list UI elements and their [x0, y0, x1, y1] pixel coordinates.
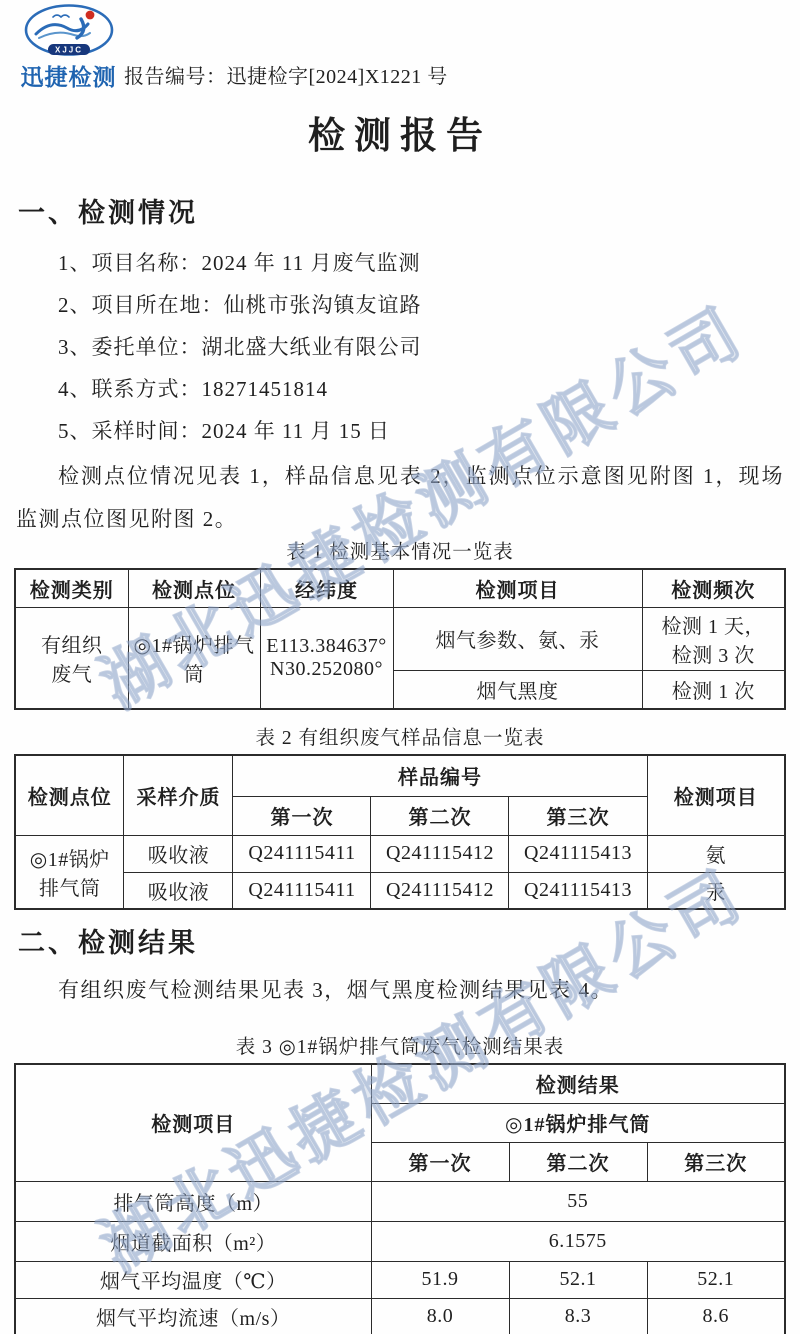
- table2-header-second: 第二次: [371, 796, 509, 835]
- company-logo-icon: XJJC: [19, 47, 119, 64]
- table3-cell-item: 烟气平均流速（m/s）: [15, 1298, 371, 1334]
- table1-cell-project: 烟气参数、氨、汞: [393, 607, 642, 670]
- section1-heading: 一、检测情况: [18, 195, 800, 231]
- table3-cell-value3: 52.1: [647, 1261, 785, 1298]
- table2-cell-sample3: Q241115413: [509, 835, 647, 872]
- table3-cell-value3: 8.6: [647, 1298, 785, 1334]
- table2-header-sample-group: 样品编号: [233, 755, 647, 796]
- section1-paragraph: 检测点位情况见表 1，样品信息见表 2，监测点位示意图见附图 1，现场监测点位图…: [16, 455, 784, 541]
- table1-basic-info: 检测类别 检测点位 经纬度 检测项目 检测频次 有组织 废气 ◎1#锅炉排气筒 …: [14, 568, 786, 710]
- table1-header-category: 检测类别: [15, 569, 128, 607]
- table2-cell-project: 汞: [647, 872, 785, 909]
- table2-cell-sample2: Q241115412: [371, 872, 509, 909]
- table1-cell-project: 烟气黑度: [393, 670, 642, 709]
- table3-results: 检测项目 检测结果 ◎1#锅炉排气筒 第一次 第二次 第三次 排气筒高度（m） …: [14, 1063, 786, 1334]
- table2-header-medium: 采样介质: [124, 755, 233, 835]
- table2-cell-medium: 吸收液: [124, 835, 233, 872]
- document-title: 检测报告: [0, 112, 800, 162]
- report-page: 湖北迅捷检测有限公司 湖北迅捷检测有限公司 XJJC: [0, 0, 800, 1334]
- table2-header-first: 第一次: [233, 796, 371, 835]
- table2-cell-sample1: Q241115411: [233, 872, 371, 909]
- page-header: XJJC 迅捷检测 报告编号：迅捷检字[2024]X1221 号: [0, 0, 800, 96]
- table2-sample-info: 检测点位 采样介质 样品编号 检测项目 第一次 第二次 第三次 ◎1#锅炉 排气…: [14, 754, 786, 910]
- table1-cell-category: 有组织 废气: [15, 607, 128, 709]
- project-info-list: 1、项目名称：2024 年 11 月废气监测 2、项目所在地：仙桃市张沟镇友谊路…: [0, 242, 800, 452]
- list-item: 3、委托单位：湖北盛大纸业有限公司: [58, 326, 800, 368]
- table2-caption: 表 2 有组织废气样品信息一览表: [0, 727, 800, 751]
- list-item: 4、联系方式：18271451814: [58, 368, 800, 410]
- table2-cell-project: 氨: [647, 835, 785, 872]
- table3-cell-item: 烟道截面积（m²）: [15, 1221, 371, 1261]
- section2-paragraph: 有组织废气检测结果见表 3，烟气黑度检测结果见表 4。: [16, 970, 784, 1010]
- table3-header-item: 检测项目: [15, 1064, 371, 1181]
- table3-cell-item: 排气筒高度（m）: [15, 1181, 371, 1221]
- table3-cell-value2: 8.3: [509, 1298, 647, 1334]
- company-logo-name: 迅捷检测: [16, 65, 121, 89]
- table2-cell-point: ◎1#锅炉 排气筒: [15, 835, 124, 909]
- table3-cell-item: 烟气平均温度（℃）: [15, 1261, 371, 1298]
- table3-header-result: 检测结果: [371, 1064, 785, 1103]
- list-item: 2、项目所在地：仙桃市张沟镇友谊路: [58, 284, 800, 326]
- table3-cell-value1: 51.9: [371, 1261, 509, 1298]
- table1-header-coords: 经纬度: [260, 569, 393, 607]
- svg-text:XJJC: XJJC: [54, 46, 82, 55]
- table2-cell-sample2: Q241115412: [371, 835, 509, 872]
- list-item: 1、项目名称：2024 年 11 月废气监测: [58, 242, 800, 284]
- table1-header-point: 检测点位: [128, 569, 260, 607]
- table2-cell-sample3: Q241115413: [509, 872, 647, 909]
- table3-header-third: 第三次: [647, 1142, 785, 1181]
- table3-caption: 表 3 ◎1#锅炉排气筒废气检测结果表: [0, 1036, 800, 1060]
- report-number: 报告编号：迅捷检字[2024]X1221 号: [124, 60, 448, 89]
- table1-caption: 表 1 检测基本情况一览表: [0, 541, 800, 565]
- table3-header-second: 第二次: [509, 1142, 647, 1181]
- section2-heading: 二、检测结果: [18, 925, 800, 961]
- table1-cell-frequency: 检测 1 次: [642, 670, 785, 709]
- table1-cell-frequency: 检测 1 天， 检测 3 次: [642, 607, 785, 670]
- table1-header-project: 检测项目: [393, 569, 642, 607]
- company-logo: XJJC 迅捷检测: [16, 4, 121, 89]
- table2-cell-sample1: Q241115411: [233, 835, 371, 872]
- table3-cell-value2: 52.1: [509, 1261, 647, 1298]
- table2-header-project: 检测项目: [647, 755, 785, 835]
- table3-cell-value: 6.1575: [371, 1221, 785, 1261]
- table1-cell-coords: E113.384637° N30.252080°: [260, 607, 393, 709]
- table2-header-point: 检测点位: [15, 755, 124, 835]
- list-item: 5、采样时间：2024 年 11 月 15 日: [58, 410, 800, 452]
- table3-cell-value: 55: [371, 1181, 785, 1221]
- table2-header-third: 第三次: [509, 796, 647, 835]
- table3-header-first: 第一次: [371, 1142, 509, 1181]
- table1-cell-point: ◎1#锅炉排气筒: [128, 607, 260, 709]
- table3-cell-value1: 8.0: [371, 1298, 509, 1334]
- table1-header-frequency: 检测频次: [642, 569, 785, 607]
- table3-header-point: ◎1#锅炉排气筒: [371, 1103, 785, 1142]
- table2-cell-medium: 吸收液: [124, 872, 233, 909]
